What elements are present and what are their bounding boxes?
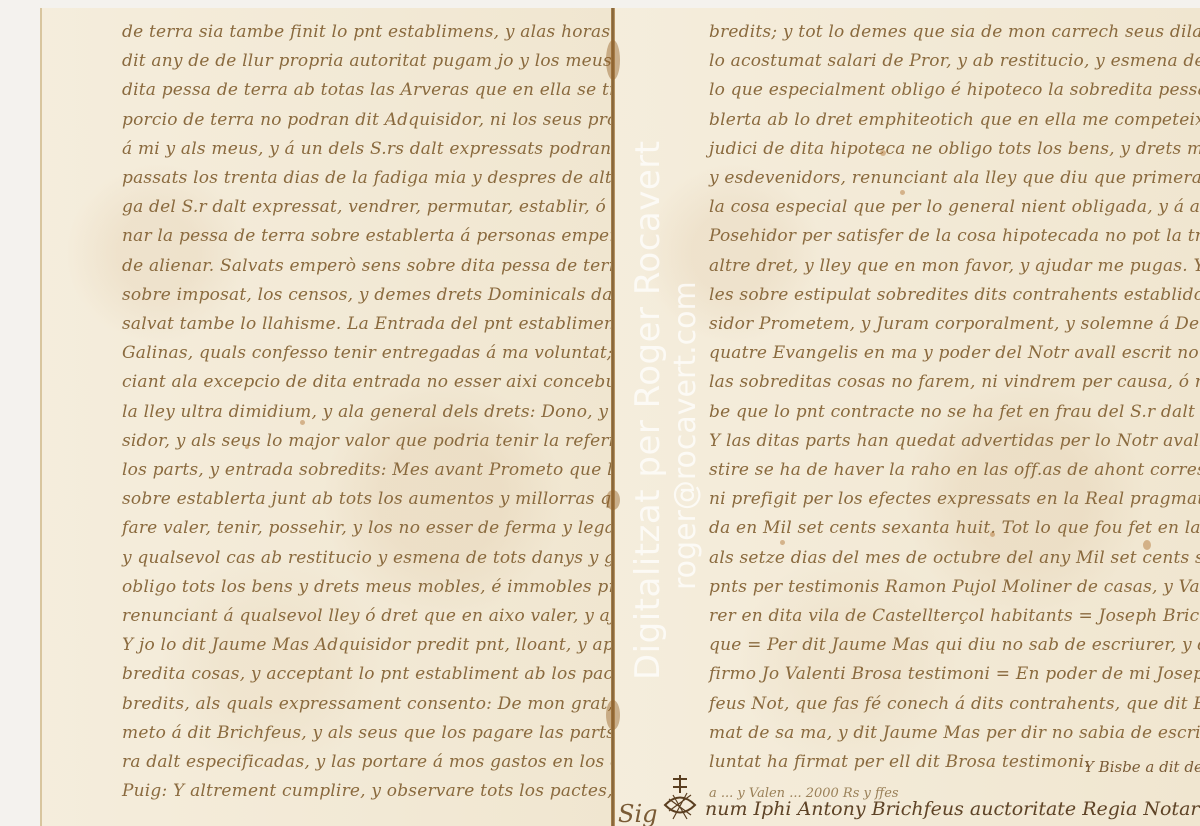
manuscript-line: de terra sia tambe finit lo pnt establim… [122,22,614,42]
manuscript-line: quatre Evangelis en ma y poder del Notr … [709,343,1200,363]
manuscript-line: mat de sa ma, y dit Jaume Mas per dir no… [709,723,1200,743]
manuscript-line: als setze dias del mes de octubre del an… [709,548,1200,568]
manuscript-line: passats los trenta dias de la fadiga mia… [122,168,614,188]
manuscript-line: pnts per testimonis Ramon Pujol Moliner … [709,577,1200,597]
manuscript-line: de alienar. Salvats emperò sens sobre di… [122,256,614,276]
manuscript-line: ra dalt especificadas, y las portare á m… [122,752,614,772]
manuscript-line: sidor Prometem, y Juram corporalment, y … [709,314,1200,334]
manuscript-line: bredits; y tot lo demes que sia de mon c… [709,22,1200,42]
notarial-signum-icon [655,775,705,826]
manuscript-line: sobre imposat, los censos, y demes drets… [122,285,614,305]
manuscript-line: las sobreditas cosas no farem, ni vindre… [709,372,1200,392]
manuscript-line: obligo tots los bens y drets meus mobles… [122,577,614,597]
manuscript-line: lo acostumat salari de Pror, y ab restit… [709,51,1200,71]
manuscript-line: Puig: Y altrement cumplire, y observare … [122,781,614,801]
manuscript-line: á mi y als meus, y á un dels S.rs dalt e… [122,139,614,159]
notarial-signature: num Iphi Antony Brichfeus auctoritate Re… [705,798,1200,820]
manuscript-line: meto á dit Brichfeus, y als seus que los… [122,723,614,743]
manuscript-line: salvat tambe lo llahisme. La Entrada del… [122,314,614,334]
manuscript-line: dit any de de llur propria autoritat pug… [122,51,614,71]
manuscript-line: bredits, als quals expressament consento… [122,694,614,714]
manuscript-line: feus Not, que fas fé conech á dits contr… [709,694,1200,714]
manuscript-line: altre dret, y lley que en mon favor, y a… [709,256,1200,276]
manuscript-line: les sobre estipulat sobredites dits cont… [709,285,1200,305]
manuscript-line: ga del S.r dalt expressat, vendrer, perm… [122,197,614,217]
foxing-spot [1143,540,1151,550]
manuscript-line: renunciant á qualsevol lley ó dret que e… [122,606,614,626]
manuscript-line: Posehidor per satisfer de la cosa hipote… [709,226,1200,246]
foxing-spot [990,532,995,537]
manuscript-line: rer en dita vila de Castellterçol habita… [709,606,1200,626]
manuscript-line: nar la pessa de terra sobre establerta á… [122,226,614,246]
left-page: de terra sia tambe finit lo pnt establim… [40,8,614,826]
manuscript-line: ni prefigit per los efectes expressats e… [709,489,1200,509]
manuscript-spread: de terra sia tambe finit lo pnt establim… [0,0,1200,826]
manuscript-line: que = Per dit Jaume Mas qui diu no sab d… [709,635,1200,655]
manuscript-line: fare valer, tenir, possehir, y los no es… [122,518,614,538]
manuscript-line: Y jo lo dit Jaume Mas Adquisidor predit … [122,635,614,655]
fold-stain [606,700,620,730]
manuscript-line: y qualsevol cas ab restitucio y esmena d… [122,548,614,568]
manuscript-line: dita pessa de terra ab totas las Arveras… [122,80,614,100]
foxing-spot [900,190,905,195]
fold-stain [606,40,620,80]
notarial-sign-label: Sig [618,800,657,826]
watermark-line-1: Digitalitzat per Roger Rocavert [628,140,668,680]
manuscript-line: stire se ha de haver la raho en las off.… [709,460,1200,480]
manuscript-line: sobre establerta junt ab tots los aument… [122,489,614,509]
foxing-spot [245,445,249,449]
manuscript-line: porcio de terra no podran dit Adquisidor… [122,110,614,130]
notarial-signum-icon [112,716,152,826]
watermark-line-2: roger@rocavert.com [668,281,703,590]
fold-stain [606,490,620,510]
manuscript-line: Galinas, quals confesso tenir entregadas… [122,343,614,363]
manuscript-line: luntat ha firmat per ell dit Brosa testi… [709,752,1090,772]
manuscript-line: ciant ala excepcio de dita entrada no es… [122,372,614,392]
manuscript-line: be que lo pnt contracte no se ha fet en … [709,402,1200,422]
manuscript-line: blerta ab lo dret emphiteotich que en el… [709,110,1200,130]
manuscript-line: firmo Jo Valenti Brosa testimoni = En po… [709,664,1200,684]
manuscript-line: judici de dita hipoteca ne obligo tots l… [709,139,1200,159]
foxing-spot [880,150,886,156]
manuscript-line: bredita cosas, y acceptant lo pnt establ… [122,664,614,684]
manuscript-line: y esdevenidors, renunciant ala lley que … [709,168,1200,188]
manuscript-line: sidor, y als seus lo major valor que pod… [122,431,614,451]
foxing-spot [300,420,305,425]
manuscript-line: lo que especialment obligo é hipoteco la… [709,80,1200,100]
manuscript-line: la cosa especial que per lo general nien… [709,197,1200,217]
manuscript-line: Y las ditas parts han quedat advertidas … [709,431,1200,451]
manuscript-line: la lley ultra dimidium, y ala general de… [122,402,614,422]
foxing-spot [780,540,785,545]
manuscript-line: los parts, y entrada sobredits: Mes avan… [122,460,614,480]
manuscript-line: da en Mil set cents sexanta huit. Tot lo… [709,518,1200,538]
marginal-note-1: Y Bisbe a dit de [1084,758,1200,776]
